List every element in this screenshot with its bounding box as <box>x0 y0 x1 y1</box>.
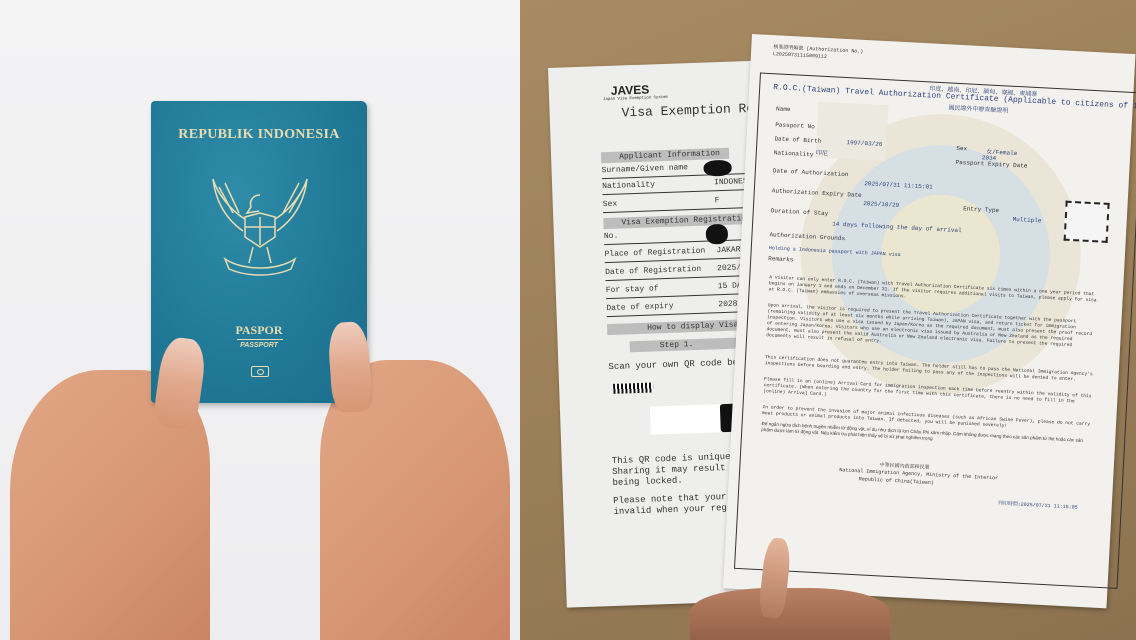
row-label: Place of Registration <box>604 247 705 260</box>
garuda-emblem-icon <box>203 173 317 283</box>
field-entry-type-value: Multiple <box>1012 216 1041 224</box>
row-label: Date of Registration <box>605 265 701 277</box>
field-nationality-value: 印尼 <box>816 148 828 158</box>
passport-label-rule <box>237 339 283 340</box>
redaction-box <box>650 404 721 434</box>
certificate-qr-code-icon <box>1064 201 1110 243</box>
row-label: Nationality <box>602 180 655 191</box>
step-label: Step 1. <box>630 337 740 352</box>
taiwan-travel-authorization-certificate: 核准證明編號 (Authorization No.) L202507311150… <box>723 34 1136 608</box>
row-label: Surname/Given name <box>601 163 688 175</box>
javes-logo-subtitle: Japan Visa Exemption System <box>603 96 668 102</box>
field-sex: Sex <box>956 145 967 153</box>
document-holding-hand <box>690 588 890 640</box>
row-label: Date of expiry <box>606 302 673 313</box>
row-label: No. <box>604 232 619 241</box>
passport-photo-panel: REPUBLIK INDONESIA PASPOR PASSPORT <box>0 0 520 640</box>
field-passport-expiry-value: 2034 <box>982 154 997 162</box>
row-value: 2028 <box>718 298 738 313</box>
row-label: Sex <box>603 200 618 209</box>
javes-logo: JAVES <box>611 82 650 97</box>
redaction-mark <box>706 224 729 245</box>
passport-country-label: REPUBLIK INDONESIA <box>151 127 367 143</box>
qr-code-strip-icon <box>613 383 653 394</box>
field-remarks: Remarks <box>768 255 794 263</box>
qr-note-line-3: being locked. <box>612 476 683 489</box>
field-name: Name <box>776 105 791 113</box>
row-label: For stay of <box>606 284 659 295</box>
scan-instruction: Scan your own QR code below <box>608 357 754 373</box>
biometric-chip-icon <box>251 366 269 377</box>
row-value: F <box>715 194 720 208</box>
